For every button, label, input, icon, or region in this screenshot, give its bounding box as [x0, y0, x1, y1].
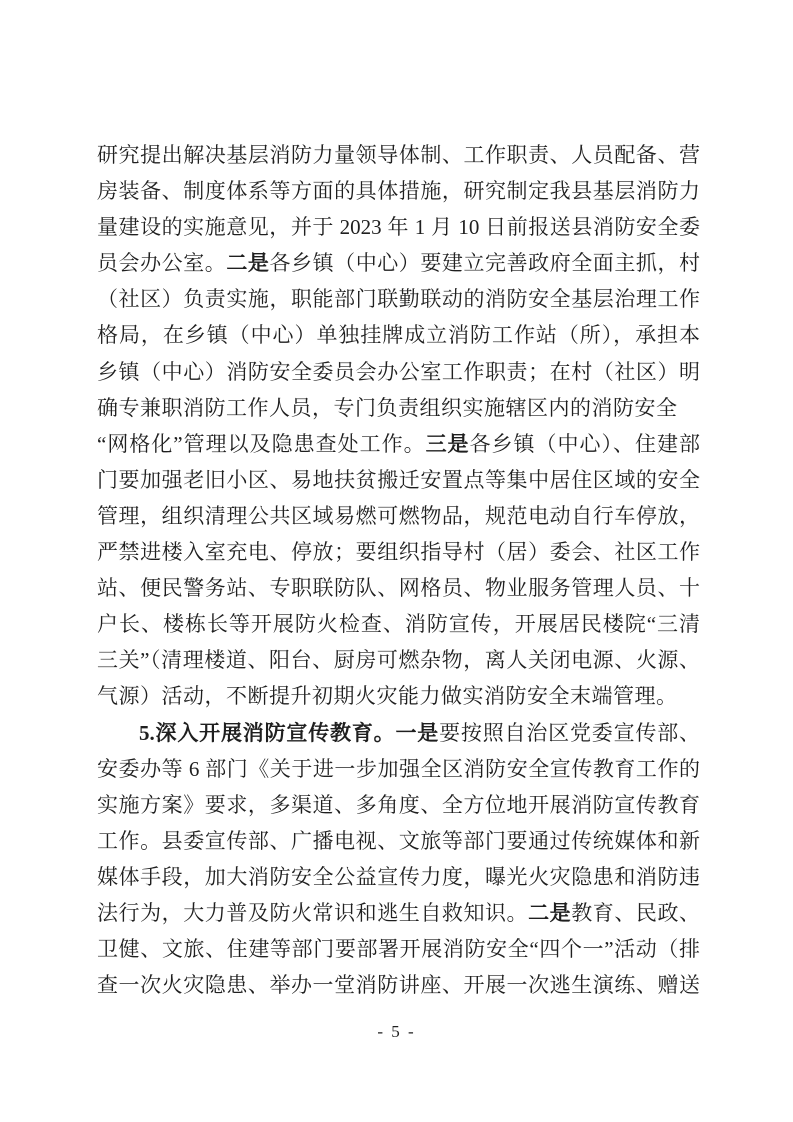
bold-text-segment: 三是	[426, 432, 470, 456]
text-line: 查一次火灾隐患、举办一堂消防讲座、开展一次逃生演练、赠送	[97, 967, 700, 1003]
text-segment: 严禁进楼入室充电、停放；要组织指导村（居）委会、社区工作	[97, 540, 700, 564]
text-line: 研究提出解决基层消防力量领导体制、工作职责、人员配备、营	[97, 137, 700, 173]
text-segment: 研究提出解决基层消防力量领导体制、工作职责、人员配备、营	[97, 143, 700, 167]
text-segment: 户长、楼栋长等开展防火检查、消防宣传，开展居民楼院“三清	[97, 612, 700, 636]
text-line: 5.深入开展消防宣传教育。一是要按照自治区党委宣传部、	[97, 715, 700, 751]
text-line: 门要加强老旧小区、易地扶贫搬迁安置点等集中居住区域的安全	[97, 462, 700, 498]
text-segment: 确专兼职消防工作人员，专门负责组织实施辖区内的消防安全	[97, 396, 678, 420]
text-line: 法行为，大力普及防火常识和逃生自救知识。二是教育、民政、	[97, 895, 700, 931]
page-number: - 5 -	[0, 1020, 793, 1044]
text-segment: 要按照自治区党委宣传部、	[439, 721, 700, 745]
text-block: 研究提出解决基层消防力量领导体制、工作职责、人员配备、营房装备、制度体系等方面的…	[97, 137, 700, 1003]
text-segment: 格局，在乡镇（中心）单独挂牌成立消防工作站（所），承担本	[97, 323, 700, 347]
text-line: 严禁进楼入室充电、停放；要组织指导村（居）委会、社区工作	[97, 534, 700, 570]
text-line: 量建设的实施意见，并于 2023 年 1 月 10 日前报送县消防安全委	[97, 209, 700, 245]
text-segment: 各乡镇（中心）要建立完善政府全面主抓，村	[269, 251, 700, 275]
text-segment: “网格化”管理以及隐患查处工作。	[97, 432, 426, 456]
text-segment: 乡镇（中心）消防安全委员会办公室工作职责；在村（社区）明	[97, 360, 700, 384]
text-segment: 媒体手段，加大消防安全公益宣传力度，曝光火灾隐患和消防违	[97, 865, 700, 889]
text-line: 三关”（清理楼道、阳台、厨房可燃杂物，离人关闭电源、火源、	[97, 642, 700, 678]
text-segment: 管理，组织清理公共区域易燃可燃物品，规范电动自行车停放，	[97, 504, 700, 528]
text-line: 气源）活动，不断提升初期火灾能力做实消防安全末端管理。	[97, 678, 700, 714]
text-line: 站、便民警务站、专职联防队、网格员、物业服务管理人员、十	[97, 570, 700, 606]
text-segment: 量建设的实施意见，并于 2023 年 1 月 10 日前报送县消防安全委	[97, 215, 700, 239]
bold-text-segment: 二是	[528, 901, 571, 925]
text-segment: 员会办公室。	[97, 251, 226, 275]
text-segment: 三关”（清理楼道、阳台、厨房可燃杂物，离人关闭电源、火源、	[97, 648, 700, 672]
text-segment: 门要加强老旧小区、易地扶贫搬迁安置点等集中居住区域的安全	[97, 468, 700, 492]
text-line: 管理，组织清理公共区域易燃可燃物品，规范电动自行车停放，	[97, 498, 700, 534]
text-segment: 站、便民警务站、专职联防队、网格员、物业服务管理人员、十	[97, 576, 700, 600]
document-page: 研究提出解决基层消防力量领导体制、工作职责、人员配备、营房装备、制度体系等方面的…	[0, 0, 793, 1122]
text-segment: 法行为，大力普及防火常识和逃生自救知识。	[97, 901, 528, 925]
bold-text-segment: 二是	[226, 251, 269, 275]
text-segment: （社区）负责实施，职能部门联勤联动的消防安全基层治理工作	[97, 287, 700, 311]
text-line: 乡镇（中心）消防安全委员会办公室工作职责；在村（社区）明	[97, 354, 700, 390]
text-line: “网格化”管理以及隐患查处工作。三是各乡镇（中心）、住建部	[97, 426, 700, 462]
text-segment: 实施方案》要求，多渠道、多角度、全方位地开展消防宣传教育	[97, 793, 700, 817]
text-line: 员会办公室。二是各乡镇（中心）要建立完善政府全面主抓，村	[97, 245, 700, 281]
text-segment: 气源）活动，不断提升初期火灾能力做实消防安全末端管理。	[97, 684, 678, 708]
text-line: 确专兼职消防工作人员，专门负责组织实施辖区内的消防安全	[97, 390, 700, 426]
text-segment: 工作。县委宣传部、广播电视、文旅等部门要通过传统媒体和新	[97, 829, 700, 853]
text-line: （社区）负责实施，职能部门联勤联动的消防安全基层治理工作	[97, 281, 700, 317]
text-line: 格局，在乡镇（中心）单独挂牌成立消防工作站（所），承担本	[97, 317, 700, 353]
text-line: 媒体手段，加大消防安全公益宣传力度，曝光火灾隐患和消防违	[97, 859, 700, 895]
text-segment: 各乡镇（中心）、住建部	[470, 432, 700, 456]
text-line: 卫健、文旅、住建等部门要部署开展消防安全“四个一”活动（排	[97, 931, 700, 967]
text-segment: 安委办等 6 部门《关于进一步加强全区消防安全宣传教育工作的	[97, 757, 700, 781]
text-line: 房装备、制度体系等方面的具体措施，研究制定我县基层消防力	[97, 173, 700, 209]
text-segment: 房装备、制度体系等方面的具体措施，研究制定我县基层消防力	[97, 179, 700, 203]
text-line: 安委办等 6 部门《关于进一步加强全区消防安全宣传教育工作的	[97, 751, 700, 787]
text-segment: 教育、民政、	[571, 901, 700, 925]
bold-text-segment: 5.深入开展消防宣传教育。一是	[139, 721, 439, 745]
text-line: 工作。县委宣传部、广播电视、文旅等部门要通过传统媒体和新	[97, 823, 700, 859]
text-line: 实施方案》要求，多渠道、多角度、全方位地开展消防宣传教育	[97, 787, 700, 823]
text-segment: 查一次火灾隐患、举办一堂消防讲座、开展一次逃生演练、赠送	[97, 973, 700, 997]
text-segment: 卫健、文旅、住建等部门要部署开展消防安全“四个一”活动（排	[97, 937, 700, 961]
text-line: 户长、楼栋长等开展防火检查、消防宣传，开展居民楼院“三清	[97, 606, 700, 642]
